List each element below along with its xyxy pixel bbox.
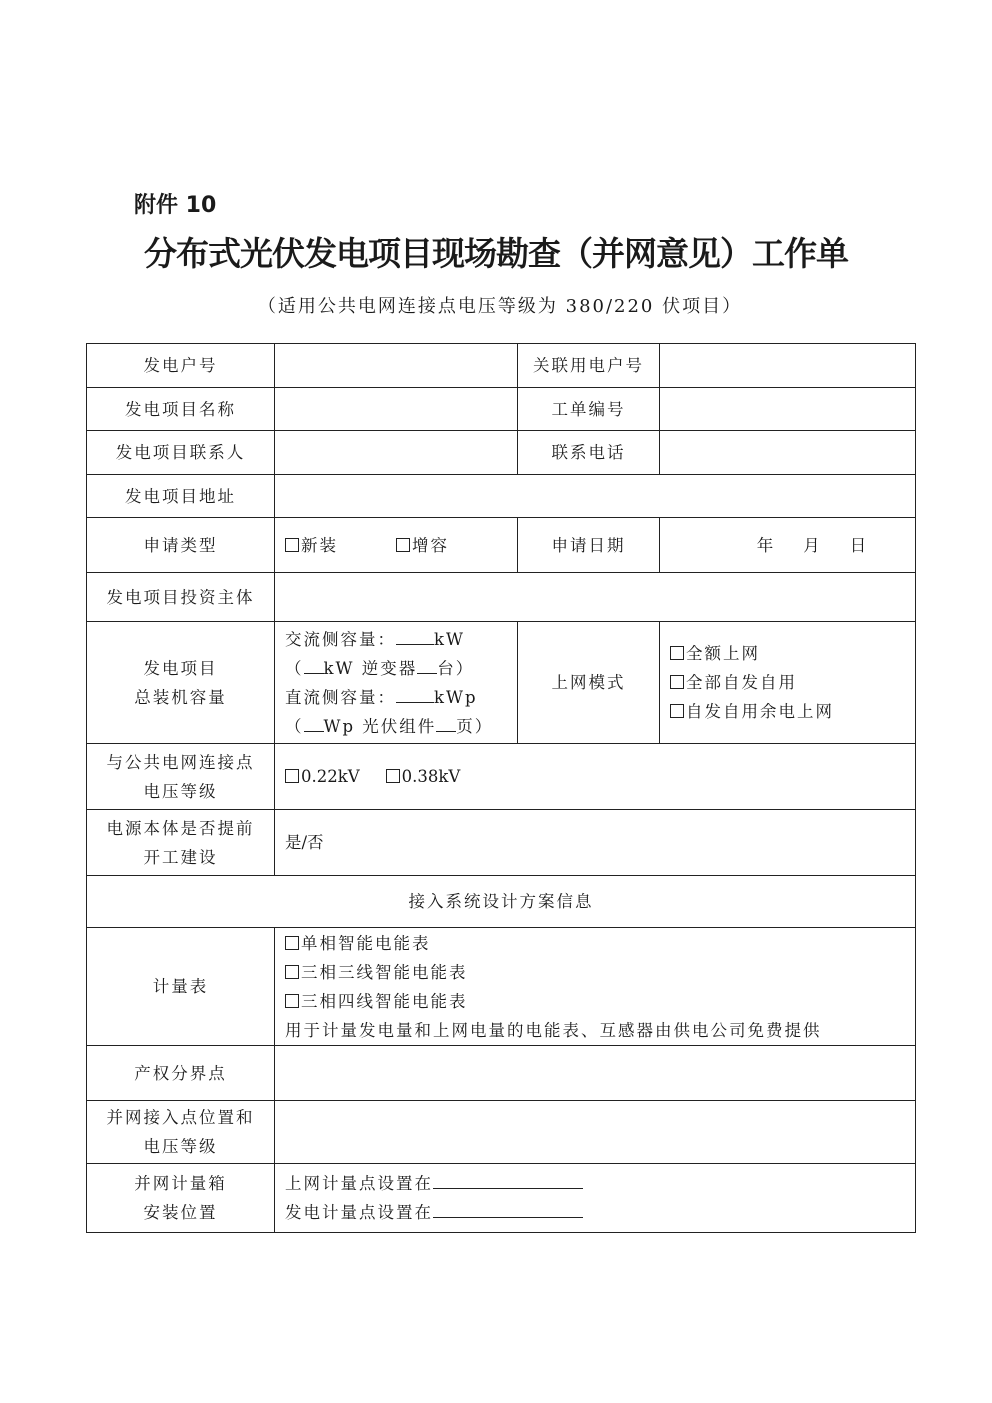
row-address: 发电项目地址 bbox=[87, 475, 916, 518]
row-early-construction: 电源本体是否提前 开工建设 是/否 bbox=[87, 810, 916, 876]
row-meter-box: 并网计量箱 安装位置 上网计量点设置在 发电计量点设置在 bbox=[87, 1164, 916, 1233]
field-application-date[interactable]: 年月日 bbox=[660, 518, 916, 573]
row-voltage-level: 与公共电网连接点 电压等级 0.22kV0.38kV bbox=[87, 744, 916, 810]
label-work-order-no: 工单编号 bbox=[518, 388, 660, 431]
row-connection-point: 并网接入点位置和 电压等级 bbox=[87, 1101, 916, 1164]
meter-note: 用于计量发电量和上网电量的电能表、互感器由供电公司免费提供 bbox=[285, 1016, 905, 1045]
label-linked-account: 关联用电户号 bbox=[518, 344, 660, 388]
generation-meter-input[interactable] bbox=[433, 1199, 583, 1218]
meter-box-fields: 上网计量点设置在 发电计量点设置在 bbox=[275, 1164, 916, 1233]
pv-module-line: （Wp 光伏组件页） bbox=[285, 712, 507, 741]
checkbox-0.22kv[interactable]: 0.22kV bbox=[285, 767, 360, 786]
date-year: 年 bbox=[757, 531, 776, 560]
field-property-boundary[interactable] bbox=[275, 1046, 916, 1101]
label-meter-box-location: 并网计量箱 安装位置 bbox=[87, 1164, 275, 1233]
checkbox-icon[interactable] bbox=[285, 965, 299, 979]
feed-in-meter-input[interactable] bbox=[433, 1170, 583, 1189]
checkbox-full-self-use[interactable]: 全部自发自用 bbox=[670, 668, 905, 697]
label-generation-account: 发电户号 bbox=[87, 344, 275, 388]
label-project-name: 发电项目名称 bbox=[87, 388, 275, 431]
label-application-type: 申请类型 bbox=[87, 518, 275, 573]
checkbox-icon[interactable] bbox=[285, 936, 299, 950]
inverter-line: （kW 逆变器台） bbox=[285, 654, 507, 683]
section-title-access-design: 接入系统设计方案信息 bbox=[87, 876, 916, 928]
checkbox-three-phase-four-wire-meter[interactable]: 三相四线智能电能表 bbox=[285, 987, 905, 1016]
module-count-input[interactable] bbox=[436, 731, 456, 732]
label-contact-person: 发电项目联系人 bbox=[87, 431, 275, 475]
label-contact-phone: 联系电话 bbox=[518, 431, 660, 475]
row-section-header: 接入系统设计方案信息 bbox=[87, 876, 916, 928]
row-capacity: 发电项目 总装机容量 交流侧容量：kW （kW 逆变器台） 直流侧容量：kWp … bbox=[87, 622, 916, 744]
label-early-construction: 电源本体是否提前 开工建设 bbox=[87, 810, 275, 876]
field-project-address[interactable] bbox=[275, 475, 916, 518]
field-connection-point[interactable] bbox=[275, 1101, 916, 1164]
checkbox-icon[interactable] bbox=[285, 538, 299, 552]
row-investor: 发电项目投资主体 bbox=[87, 573, 916, 622]
ac-capacity-line: 交流侧容量：kW bbox=[285, 625, 507, 654]
row-generation-account: 发电户号 关联用电户号 bbox=[87, 344, 916, 388]
checkbox-capacity-increase[interactable]: 增容 bbox=[396, 536, 449, 555]
row-application: 申请类型 新装增容 申请日期 年月日 bbox=[87, 518, 916, 573]
dc-capacity-input[interactable] bbox=[396, 702, 434, 703]
dc-capacity-line: 直流侧容量：kWp bbox=[285, 683, 507, 712]
checkbox-self-use-surplus[interactable]: 自发自用余电上网 bbox=[670, 697, 905, 726]
document-subtitle: （适用公共电网连接点电压等级为 380/220 伏项目） bbox=[0, 292, 992, 318]
field-linked-account[interactable] bbox=[660, 344, 916, 388]
ac-capacity-input[interactable] bbox=[396, 644, 434, 645]
date-day: 日 bbox=[850, 531, 869, 560]
field-work-order-no[interactable] bbox=[660, 388, 916, 431]
feed-in-meter-line: 上网计量点设置在 bbox=[285, 1169, 905, 1198]
field-contact-person[interactable] bbox=[275, 431, 518, 475]
capacity-fields: 交流侧容量：kW （kW 逆变器台） 直流侧容量：kWp （Wp 光伏组件页） bbox=[275, 622, 518, 744]
label-grid-mode: 上网模式 bbox=[518, 622, 660, 744]
checkbox-icon[interactable] bbox=[396, 538, 410, 552]
label-application-date: 申请日期 bbox=[518, 518, 660, 573]
generation-meter-line: 发电计量点设置在 bbox=[285, 1198, 905, 1227]
label-project-address: 发电项目地址 bbox=[87, 475, 275, 518]
document-title: 分布式光伏发电项目现场勘查（并网意见）工作单 bbox=[0, 228, 992, 275]
checkbox-single-phase-meter[interactable]: 单相智能电能表 bbox=[285, 929, 905, 958]
module-wp-input[interactable] bbox=[304, 731, 324, 732]
date-month: 月 bbox=[803, 531, 822, 560]
grid-mode-options: 全额上网 全部自发自用 自发自用余电上网 bbox=[660, 622, 916, 744]
voltage-options: 0.22kV0.38kV bbox=[275, 744, 916, 810]
field-project-name[interactable] bbox=[275, 388, 518, 431]
row-contact: 发电项目联系人 联系电话 bbox=[87, 431, 916, 475]
checkbox-icon[interactable] bbox=[285, 994, 299, 1008]
checkbox-icon[interactable] bbox=[670, 704, 684, 718]
label-meter: 计量表 bbox=[87, 928, 275, 1046]
label-property-boundary: 产权分界点 bbox=[87, 1046, 275, 1101]
inverter-count-input[interactable] bbox=[417, 673, 437, 674]
row-meter: 计量表 单相智能电能表 三相三线智能电能表 三相四线智能电能表 用于计量发电量和… bbox=[87, 928, 916, 1046]
checkbox-icon[interactable] bbox=[386, 769, 400, 783]
application-type-options: 新装增容 bbox=[275, 518, 518, 573]
label-investor: 发电项目投资主体 bbox=[87, 573, 275, 622]
inverter-kw-input[interactable] bbox=[304, 673, 324, 674]
field-contact-phone[interactable] bbox=[660, 431, 916, 475]
label-total-capacity: 发电项目 总装机容量 bbox=[87, 622, 275, 744]
label-connection-point: 并网接入点位置和 电压等级 bbox=[87, 1101, 275, 1164]
row-property-boundary: 产权分界点 bbox=[87, 1046, 916, 1101]
checkbox-new-install[interactable]: 新装 bbox=[285, 536, 338, 555]
checkbox-three-phase-three-wire-meter[interactable]: 三相三线智能电能表 bbox=[285, 958, 905, 987]
field-investor[interactable] bbox=[275, 573, 916, 622]
field-early-construction[interactable]: 是/否 bbox=[275, 810, 916, 876]
checkbox-icon[interactable] bbox=[670, 675, 684, 689]
field-generation-account[interactable] bbox=[275, 344, 518, 388]
meter-options: 单相智能电能表 三相三线智能电能表 三相四线智能电能表 用于计量发电量和上网电量… bbox=[275, 928, 916, 1046]
annex-number: 附件 10 bbox=[134, 188, 216, 219]
row-project-name: 发电项目名称 工单编号 bbox=[87, 388, 916, 431]
checkbox-full-feed-in[interactable]: 全额上网 bbox=[670, 639, 905, 668]
checkbox-icon[interactable] bbox=[670, 646, 684, 660]
survey-form-table: 发电户号 关联用电户号 发电项目名称 工单编号 发电项目联系人 联系电话 发电项… bbox=[86, 343, 916, 1233]
checkbox-icon[interactable] bbox=[285, 769, 299, 783]
label-connection-voltage: 与公共电网连接点 电压等级 bbox=[87, 744, 275, 810]
checkbox-0.38kv[interactable]: 0.38kV bbox=[386, 767, 461, 786]
